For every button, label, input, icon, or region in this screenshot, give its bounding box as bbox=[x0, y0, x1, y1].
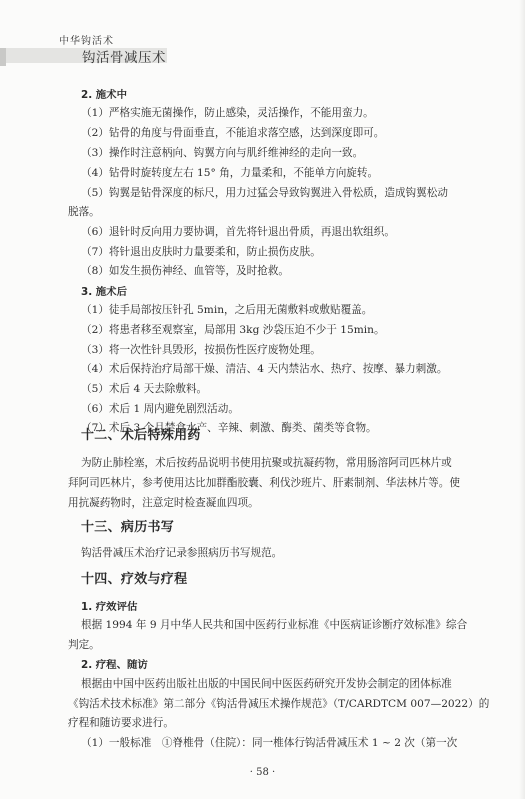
paragraph-line: 判定。 bbox=[68, 637, 100, 652]
list-item: （6）退针时反向用力要协调，首先将针退出骨质，再退出软组织。 bbox=[81, 224, 395, 239]
subsection-heading-s2: 2. 施术中 bbox=[81, 86, 127, 101]
list-item: （7）将针退出皮肤时力量要柔和，防止损伤皮肤。 bbox=[81, 244, 321, 259]
list-item: （6）术后 1 周内避免剧烈活动。 bbox=[81, 401, 239, 416]
running-head-title: 钩活骨减压术 bbox=[82, 46, 166, 66]
subsection-heading-efficacy: 1. 疗效评估 bbox=[81, 598, 137, 613]
paragraph-line: 《钩活术技术标准》第二部分《钩活骨减压术操作规范》（T/CARDTCM 007—… bbox=[68, 696, 489, 711]
running-head-tab bbox=[0, 48, 6, 66]
page-edge-shadow bbox=[519, 0, 525, 799]
paragraph-line: 钩活骨减压术治疗记录参照病历书写规范。 bbox=[81, 545, 282, 560]
list-item: （1）徒手局部按压针孔 5min，之后用无菌敷料或敷贴覆盖。 bbox=[81, 302, 372, 317]
list-item: （3）将一次性针具毁形，按损伤性医疗废物处理。 bbox=[81, 342, 321, 357]
list-item: （3）操作时注意柄向、钩翼方向与肌纤维神经的走向一致。 bbox=[81, 145, 363, 160]
subsection-heading-course: 2. 疗程、随访 bbox=[81, 656, 148, 671]
page-number: · 58 · bbox=[0, 767, 525, 778]
paragraph-line: 为防止肺栓塞，术后按药品说明书使用抗聚或抗凝药物，常用肠溶阿司匹林片或 bbox=[81, 455, 452, 470]
paragraph-line: 根据 1994 年 9 月中华人民共和国中医药行业标准《中医病证诊断疗效标准》综… bbox=[81, 617, 467, 632]
list-item-continuation: 脱落。 bbox=[68, 204, 100, 219]
paragraph-line: 用抗凝药物时，注意定时检查凝血四项。 bbox=[68, 495, 259, 510]
list-item: （2）钻骨的角度与骨面垂直，不能追求落空感，达到深度即可。 bbox=[81, 125, 384, 140]
list-item: （2）将患者移至观察室，局部用 3kg 沙袋压迫不少于 15min。 bbox=[81, 322, 385, 337]
chapter-heading-13: 十三、病历书写 bbox=[81, 516, 174, 535]
list-item: （8）如发生损伤神经、血管等，及时抢救。 bbox=[81, 263, 289, 278]
list-item: （1）一般标准 ①脊椎骨（住院）：同一椎体行钩活骨减压术 1 ~ 2 次（第一次 bbox=[81, 735, 457, 750]
list-item: （5）术后 4 天去除敷料。 bbox=[81, 381, 207, 396]
paragraph-line: 根据由中国中医药出版社出版的中国民间中医医药研究开发协会制定的团体标准 bbox=[81, 676, 452, 691]
list-item: （5）钩翼是钻骨深度的标尺，用力过猛会导致钩翼进入骨松质，造成钩翼松动 bbox=[81, 185, 448, 200]
chapter-heading-12: 十二、术后特殊用药 bbox=[81, 424, 201, 443]
paragraph-line: 拜阿司匹林片，参考使用达比加群酯胶囊、利伐沙班片、肝素制剂、华法林片等。使 bbox=[68, 475, 460, 490]
list-item: （4）术后保持治疗局部干燥、清洁、4 天内禁沾水、热疗、按摩、暴力刺激。 bbox=[81, 361, 447, 376]
list-item: （1）严格实施无菌操作，防止感染，灵活操作，不能用蛮力。 bbox=[81, 105, 374, 120]
subsection-heading-s3: 3. 施术后 bbox=[81, 283, 127, 298]
running-head-series: 中华钩活术 bbox=[59, 32, 114, 47]
paragraph-line: 疗程和随访要求进行。 bbox=[68, 715, 174, 730]
chapter-heading-14: 十四、疗效与疗程 bbox=[81, 568, 187, 587]
list-item: （4）钻骨时旋转度左右 15° 角，力量柔和，不能单方向旋转。 bbox=[81, 165, 378, 180]
